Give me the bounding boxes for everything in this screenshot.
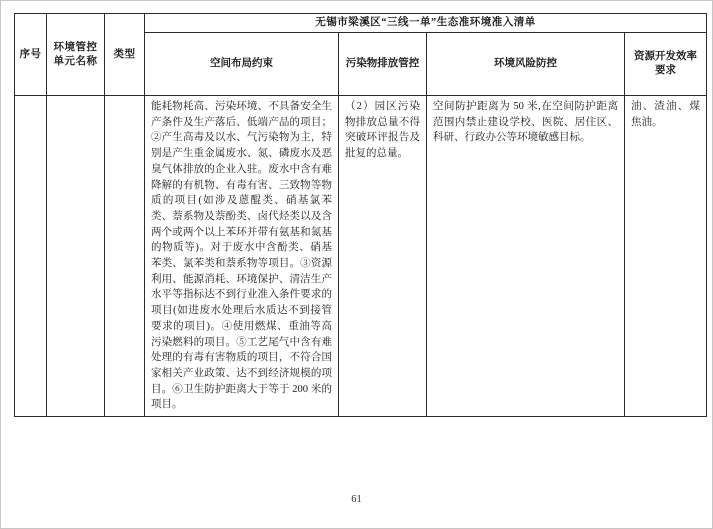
- col-header-spatial-layout: 空间布局约束: [145, 33, 339, 96]
- document-page: 序号 环境管控单元名称 类型 无锡市梁溪区“三线一单”生态准环境准入清单 空间布…: [0, 0, 713, 529]
- page-number: 61: [1, 494, 712, 505]
- table-title: 无锡市梁溪区“三线一单”生态准环境准入清单: [145, 14, 707, 33]
- eco-access-table: 序号 环境管控单元名称 类型 无锡市梁溪区“三线一单”生态准环境准入清单 空间布…: [14, 13, 707, 417]
- col-header-type: 类型: [105, 14, 145, 96]
- cell-type: [105, 96, 145, 417]
- cell-risk-control: 空间防护距离为 50 米,在空间防护距离范围内禁止建设学校、医院、居住区、科研、…: [427, 96, 625, 417]
- cell-resource-efficiency: 油、渣油、煤焦油。: [625, 96, 707, 417]
- cell-seq: [15, 96, 47, 417]
- cell-unit-name: [47, 96, 105, 417]
- table-header-row-title: 序号 环境管控单元名称 类型 无锡市梁溪区“三线一单”生态准环境准入清单: [15, 14, 707, 33]
- cell-spatial-layout: 能耗物耗高、污染环境、不具备安全生产条件及生产落后、低端产品的项目；②产生高毒及…: [145, 96, 339, 417]
- col-header-unit-name: 环境管控单元名称: [47, 14, 105, 96]
- cell-pollutant-control: （2）园区污染物排放总量不得突破环评报告及批复的总量。: [339, 96, 427, 417]
- col-header-seq: 序号: [15, 14, 47, 96]
- col-header-risk-control: 环境风险防控: [427, 33, 625, 96]
- col-header-pollutant-control: 污染物排放管控: [339, 33, 427, 96]
- col-header-resource-efficiency: 资源开发效率要求: [625, 33, 707, 96]
- table-row: 能耗物耗高、污染环境、不具备安全生产条件及生产落后、低端产品的项目；②产生高毒及…: [15, 96, 707, 417]
